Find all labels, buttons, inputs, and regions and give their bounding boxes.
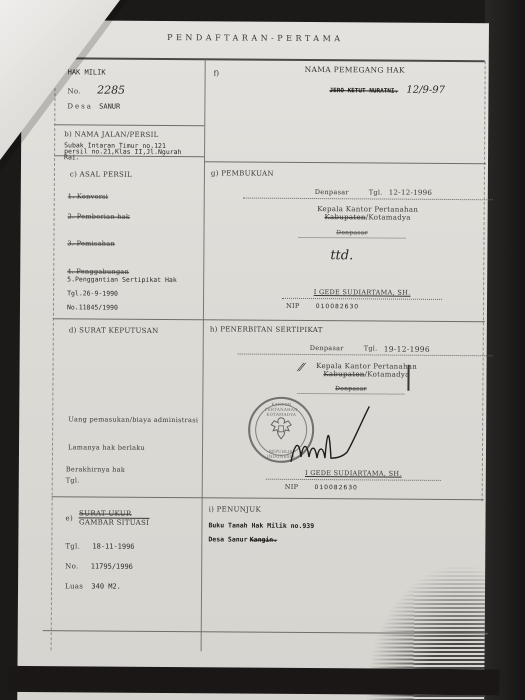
right-margin-line	[482, 61, 486, 501]
section-d-heading: d) SURAT KEPUTUSAN	[69, 326, 203, 335]
section-i-heading: i) PENUNJUK	[209, 505, 479, 515]
issuance-place: Denpasar	[310, 344, 344, 352]
registration-date: 12-12-1996	[389, 189, 432, 197]
holder-row: JERO KETUT NURATNI. 12/9-97	[329, 84, 489, 96]
office-kabupaten-struck: Kabupaten	[324, 213, 365, 221]
survey-number: 11795/1996	[91, 562, 133, 570]
desa-value: SANUR	[99, 103, 120, 111]
section-e: e) SURAT UKUR GAMBAR SITUASI Tgl. 18-11-…	[61, 509, 202, 591]
section-e-marker: e)	[65, 514, 73, 522]
paraf-stroke	[407, 365, 409, 391]
office-kabupaten-struck: Kabupaten	[323, 370, 364, 378]
registration-place-date: Denpasar Tgl. 12-12-1996	[243, 188, 493, 201]
fee-label: Uang pemasukan/biaya administrasi	[68, 415, 202, 424]
nip-value: 010082630	[314, 484, 357, 491]
issuance-place-date: Denpasar Tgl. 19-12-1996	[238, 344, 493, 357]
row-divider	[204, 161, 486, 164]
expiry-label: Berakhirnya hak	[66, 465, 202, 474]
photocopy-black-band	[8, 666, 499, 695]
office-kotamadya: /Kotamadya	[366, 213, 411, 221]
title-rule	[52, 57, 485, 62]
hak-milik-label: HAK MILIK	[68, 68, 126, 76]
issuance-official-line: I GEDE SUDIARTAMA, SH.	[266, 469, 441, 481]
row-divider	[53, 318, 485, 322]
survey-date: 18-11-1996	[92, 543, 134, 551]
issuance-official-name: I GEDE SUDIARTAMA, SH.	[305, 469, 402, 478]
registration-official-name: I GEDE SUDIARTAMA, SH.	[314, 288, 411, 297]
area-value: 340 M2.	[91, 582, 121, 590]
hak-milik-block: HAK MILIK No. 2285 Desa SANUR	[67, 68, 125, 110]
hak-milik-number: 2285	[97, 84, 125, 97]
official-signature	[287, 402, 397, 473]
issuance-tgl-label: Tgl.	[364, 344, 378, 352]
registration-office: Kepala Kantor Pertanahan Kabupaten/Kotam…	[243, 205, 493, 223]
section-i: i) PENUNJUK Buku Tanah Hak Milik no.939 …	[208, 505, 478, 545]
origin-option-pemisahan: 3. Pemisahan	[67, 239, 203, 248]
section-c: c) ASAL PERSIL 1. Konversi 2. Pemberian …	[63, 170, 204, 312]
office-kotamadya: /Kotamadya	[365, 370, 410, 378]
land-book-reference: Buku Tanah Hak Milik no.939	[208, 521, 478, 531]
holder-name-struck: JERO KETUT NURATNI.	[329, 87, 398, 94]
origin-option-konversi: 1. Konversi	[68, 192, 204, 201]
reference-village: Desa Sanur	[208, 535, 247, 543]
section-c-heading: c) ASAL PERSIL	[70, 170, 204, 179]
section-b: b) NAMA JALAN/PERSIL Subak Intaran Timur…	[64, 130, 204, 161]
row-divider	[52, 496, 484, 500]
nip-label: NIP	[285, 483, 299, 491]
registration-nip: NIP 010082630	[286, 302, 359, 311]
registration-place: Denpasar	[315, 188, 349, 196]
section-f-marker: f)	[214, 69, 219, 77]
no-label: No.	[67, 87, 80, 95]
nip-value: 010082630	[316, 303, 359, 310]
land-certificate-page: PENDAFTARAN-PERTAMA HAK MILIK No. 2285 D…	[17, 20, 489, 700]
registration-tgl-label: Tgl.	[369, 188, 383, 196]
left-margin-line	[51, 58, 56, 650]
holder-annotation: 12/9-97	[406, 85, 445, 96]
section-b-heading: b) NAMA JALAN/PERSIL	[64, 130, 204, 139]
registration-signature-ttd: ttd.	[330, 248, 353, 263]
origin-replacement: 5.Penggantian Sertipikat Hak	[67, 275, 203, 284]
origin-date: Tgl.26-9-1990	[67, 289, 203, 298]
expiry-tgl-label: Tgl.	[66, 476, 202, 485]
registration-city-line: Denpasar	[298, 228, 405, 239]
situation-drawing-heading: GAMBAR SITUASI	[79, 518, 149, 526]
holder-heading: NAMA PEMEGANG HAK	[305, 65, 405, 75]
survey-tgl-label: Tgl.	[65, 542, 80, 550]
survey-letter-heading-struck: SURAT UKUR	[79, 509, 149, 518]
registration-city: Denpasar	[336, 229, 368, 236]
origin-option-pemberian: 2. Pemberian hak	[68, 212, 204, 221]
row-divider	[54, 124, 204, 126]
registration-official-line: I GEDE SUDIARTAMA, SH.	[282, 288, 442, 300]
reference-village-struck: Kangin.	[250, 536, 277, 544]
issuance-city: Denpasar	[335, 385, 367, 392]
duration-label: Lamanya hak berlaku	[68, 443, 202, 452]
issuance-date: 19-12-1996	[384, 345, 430, 354]
desa-label: Desa	[67, 102, 93, 110]
issuance-city-line: Denpasar	[297, 384, 404, 395]
section-g-heading: g) PEMBUKUAN	[211, 169, 274, 177]
survey-no-label: No.	[65, 562, 78, 570]
section-d: d) SURAT KEPUTUSAN Uang pemasukan/biaya …	[62, 326, 203, 485]
nip-label: NIP	[286, 302, 300, 310]
area-label: Luas	[65, 582, 83, 590]
origin-number: No.11845/1990	[67, 303, 203, 312]
issuance-nip: NIP 010082630	[285, 483, 358, 492]
issuance-office: Kepala Kantor Pertanahan Kabupaten/Kotam…	[242, 362, 492, 380]
section-h-heading: h) PENERBITAN SERTIPIKAT	[210, 325, 323, 334]
